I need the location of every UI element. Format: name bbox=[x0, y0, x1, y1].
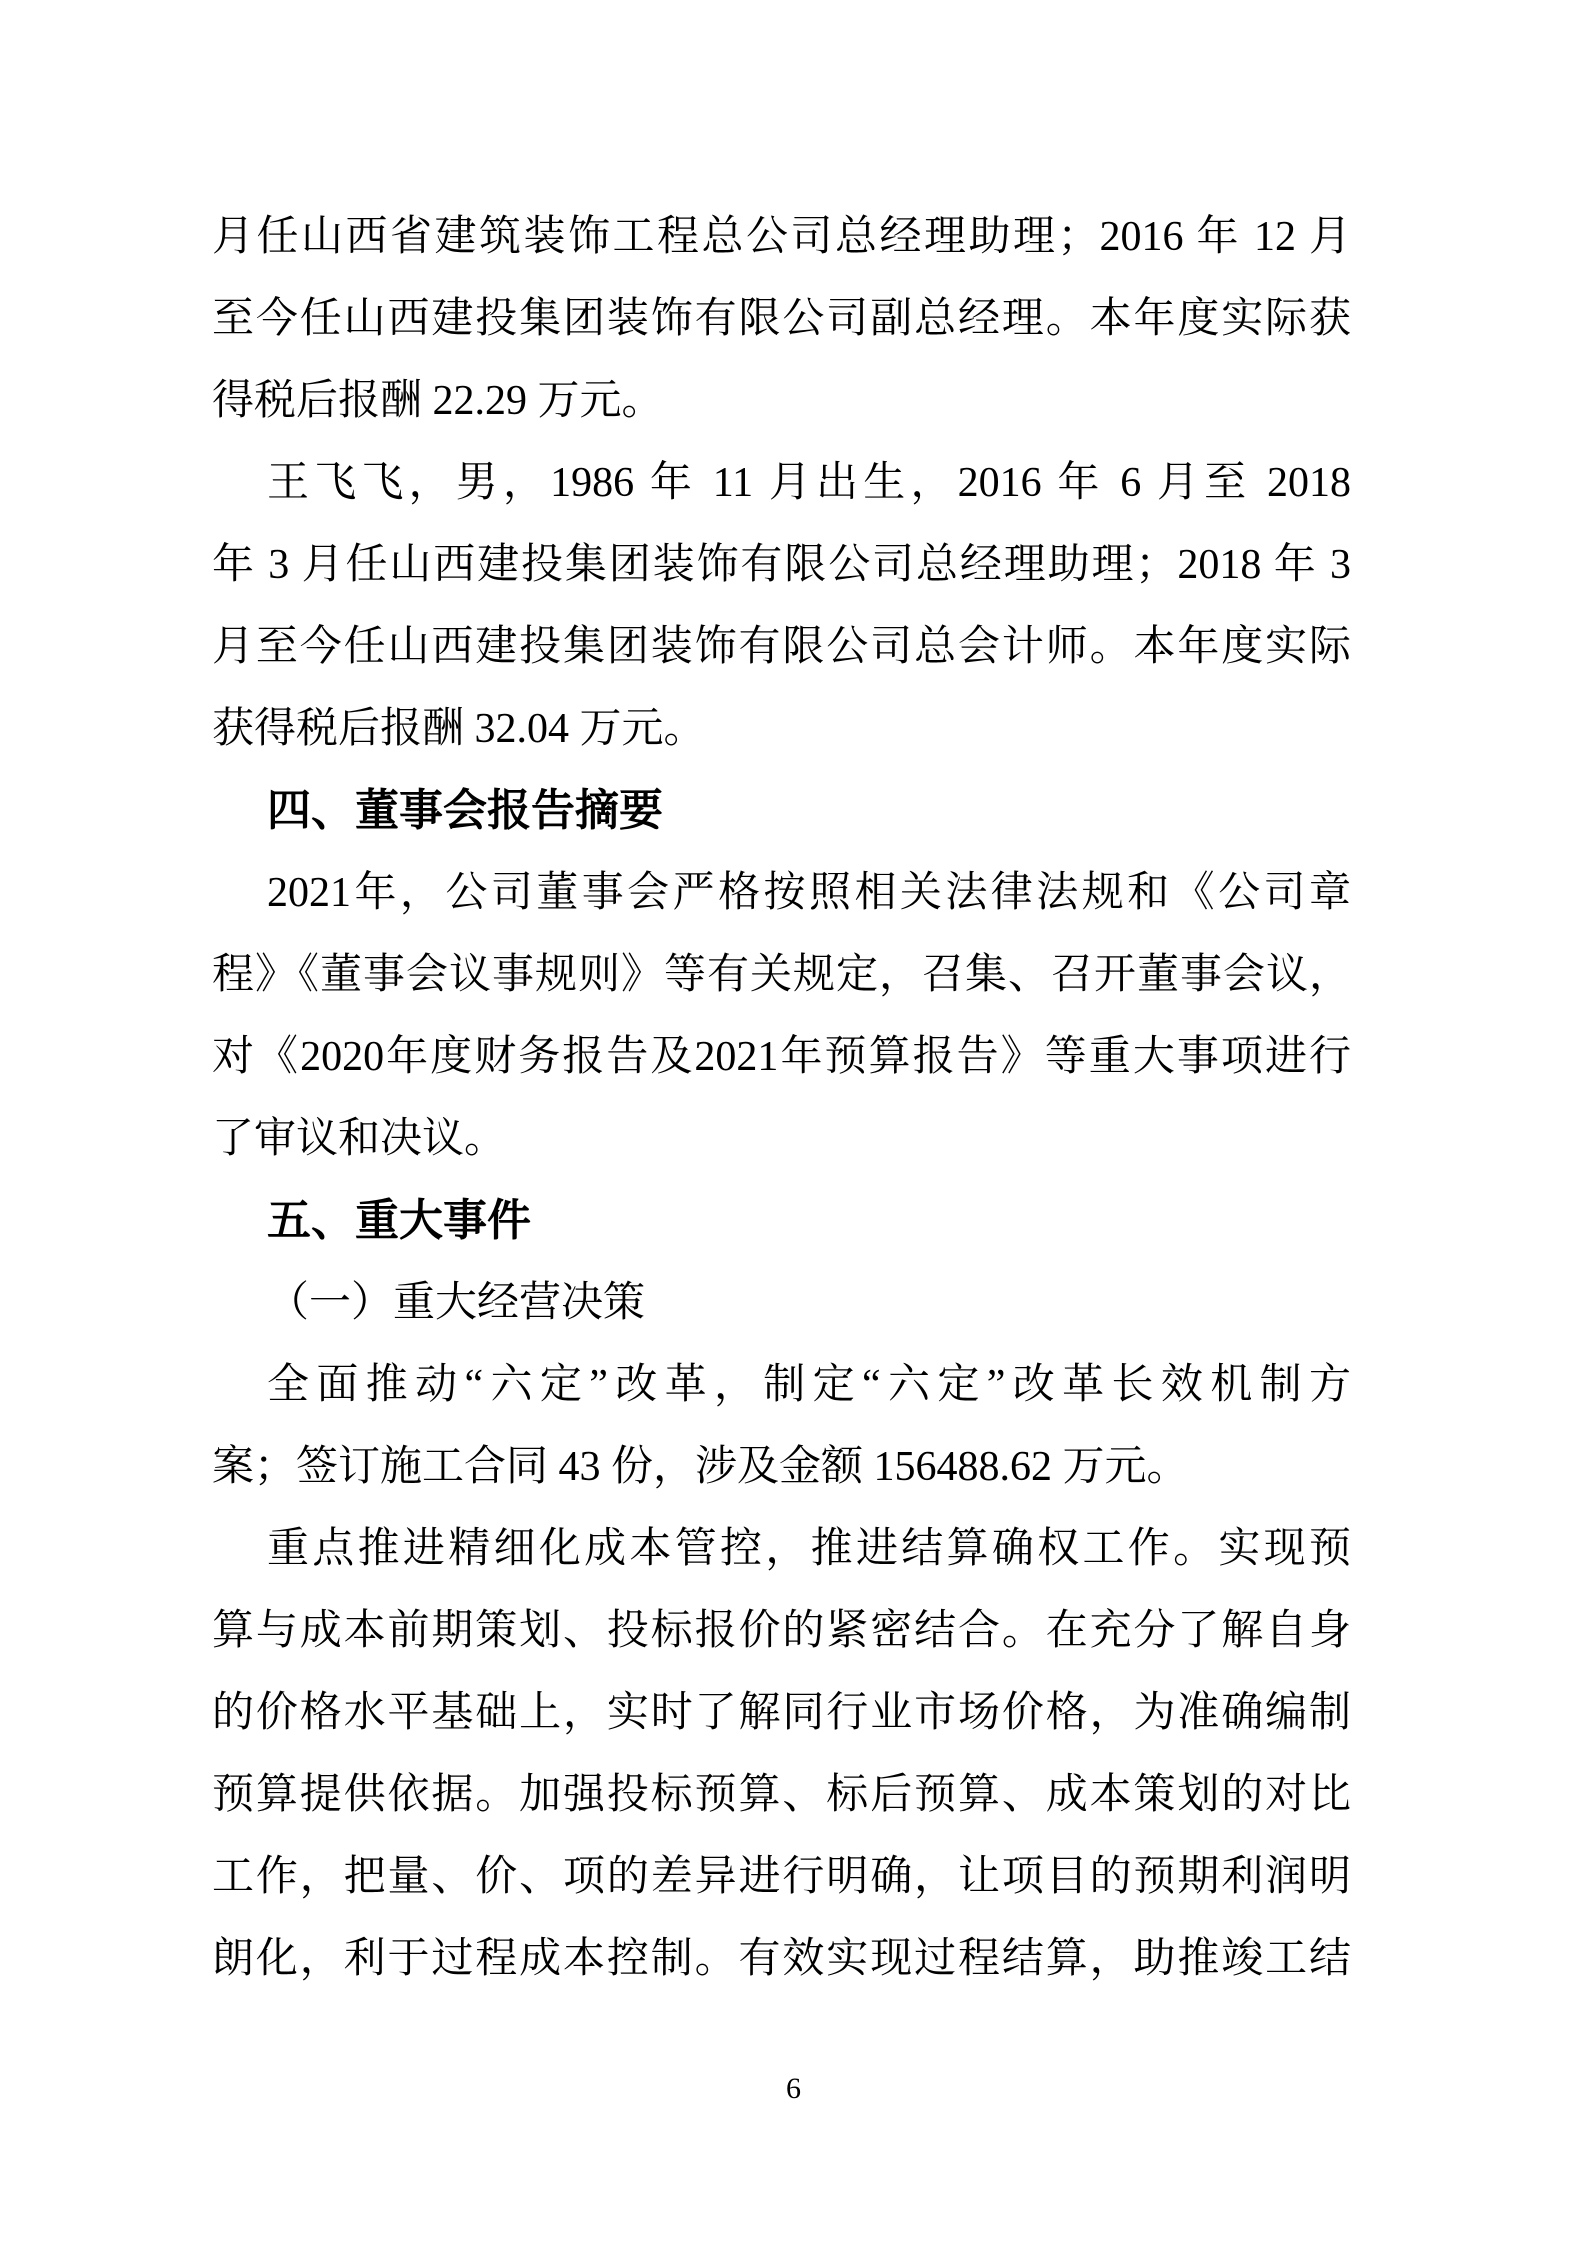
text-line: 月任山西省建筑装饰工程总公司总经理助理；2016 年 12 月 bbox=[212, 196, 1351, 278]
text-line: 工作，把量、价、项的差异进行明确，让项目的预期利润明 bbox=[212, 1836, 1351, 1918]
section-heading: 五、重大事件 bbox=[212, 1180, 1351, 1262]
text-line: 对《2020年度财务报告及2021年预算报告》等重大事项进行 bbox=[212, 1016, 1351, 1098]
text-line: 重点推进精细化成本管控，推进结算确权工作。实现预 bbox=[212, 1508, 1351, 1590]
text-line: （一）重大经营决策 bbox=[212, 1262, 1351, 1344]
text-line: 算与成本前期策划、投标报价的紧密结合。在充分了解自身 bbox=[212, 1590, 1351, 1672]
text-line: 至今任山西建投集团装饰有限公司副总经理。本年度实际获 bbox=[212, 278, 1351, 360]
document-lines: 月任山西省建筑装饰工程总公司总经理助理；2016 年 12 月至今任山西建投集团… bbox=[212, 196, 1351, 2000]
document-page: 月任山西省建筑装饰工程总公司总经理助理；2016 年 12 月至今任山西建投集团… bbox=[0, 0, 1587, 2245]
section-heading: 四、董事会报告摘要 bbox=[212, 770, 1351, 852]
text-line: 程》《董事会议事规则》等有关规定，召集、召开董事会议， bbox=[212, 934, 1351, 1016]
text-line: 案；签订施工合同 43 份，涉及金额 156488.62 万元。 bbox=[212, 1426, 1351, 1508]
text-line: 王飞飞，男，1986 年 11 月出生，2016 年 6 月至 2018 bbox=[212, 442, 1351, 524]
text-line: 2021年，公司董事会严格按照相关法律法规和《公司章 bbox=[212, 852, 1351, 934]
text-line: 得税后报酬 22.29 万元。 bbox=[212, 360, 1351, 442]
text-line: 预算提供依据。加强投标预算、标后预算、成本策划的对比 bbox=[212, 1754, 1351, 1836]
text-line: 获得税后报酬 32.04 万元。 bbox=[212, 688, 1351, 770]
text-line: 的价格水平基础上，实时了解同行业市场价格，为准确编制 bbox=[212, 1672, 1351, 1754]
text-line: 年 3 月任山西建投集团装饰有限公司总经理助理；2018 年 3 bbox=[212, 524, 1351, 606]
text-line: 了审议和决议。 bbox=[212, 1098, 1351, 1180]
text-line: 月至今任山西建投集团装饰有限公司总会计师。本年度实际 bbox=[212, 606, 1351, 688]
page-number: 6 bbox=[0, 2072, 1587, 2106]
text-line: 朗化，利于过程成本控制。有效实现过程结算，助推竣工结 bbox=[212, 1918, 1351, 2000]
text-line: 全面推动“六定”改革，制定“六定”改革长效机制方 bbox=[212, 1344, 1351, 1426]
